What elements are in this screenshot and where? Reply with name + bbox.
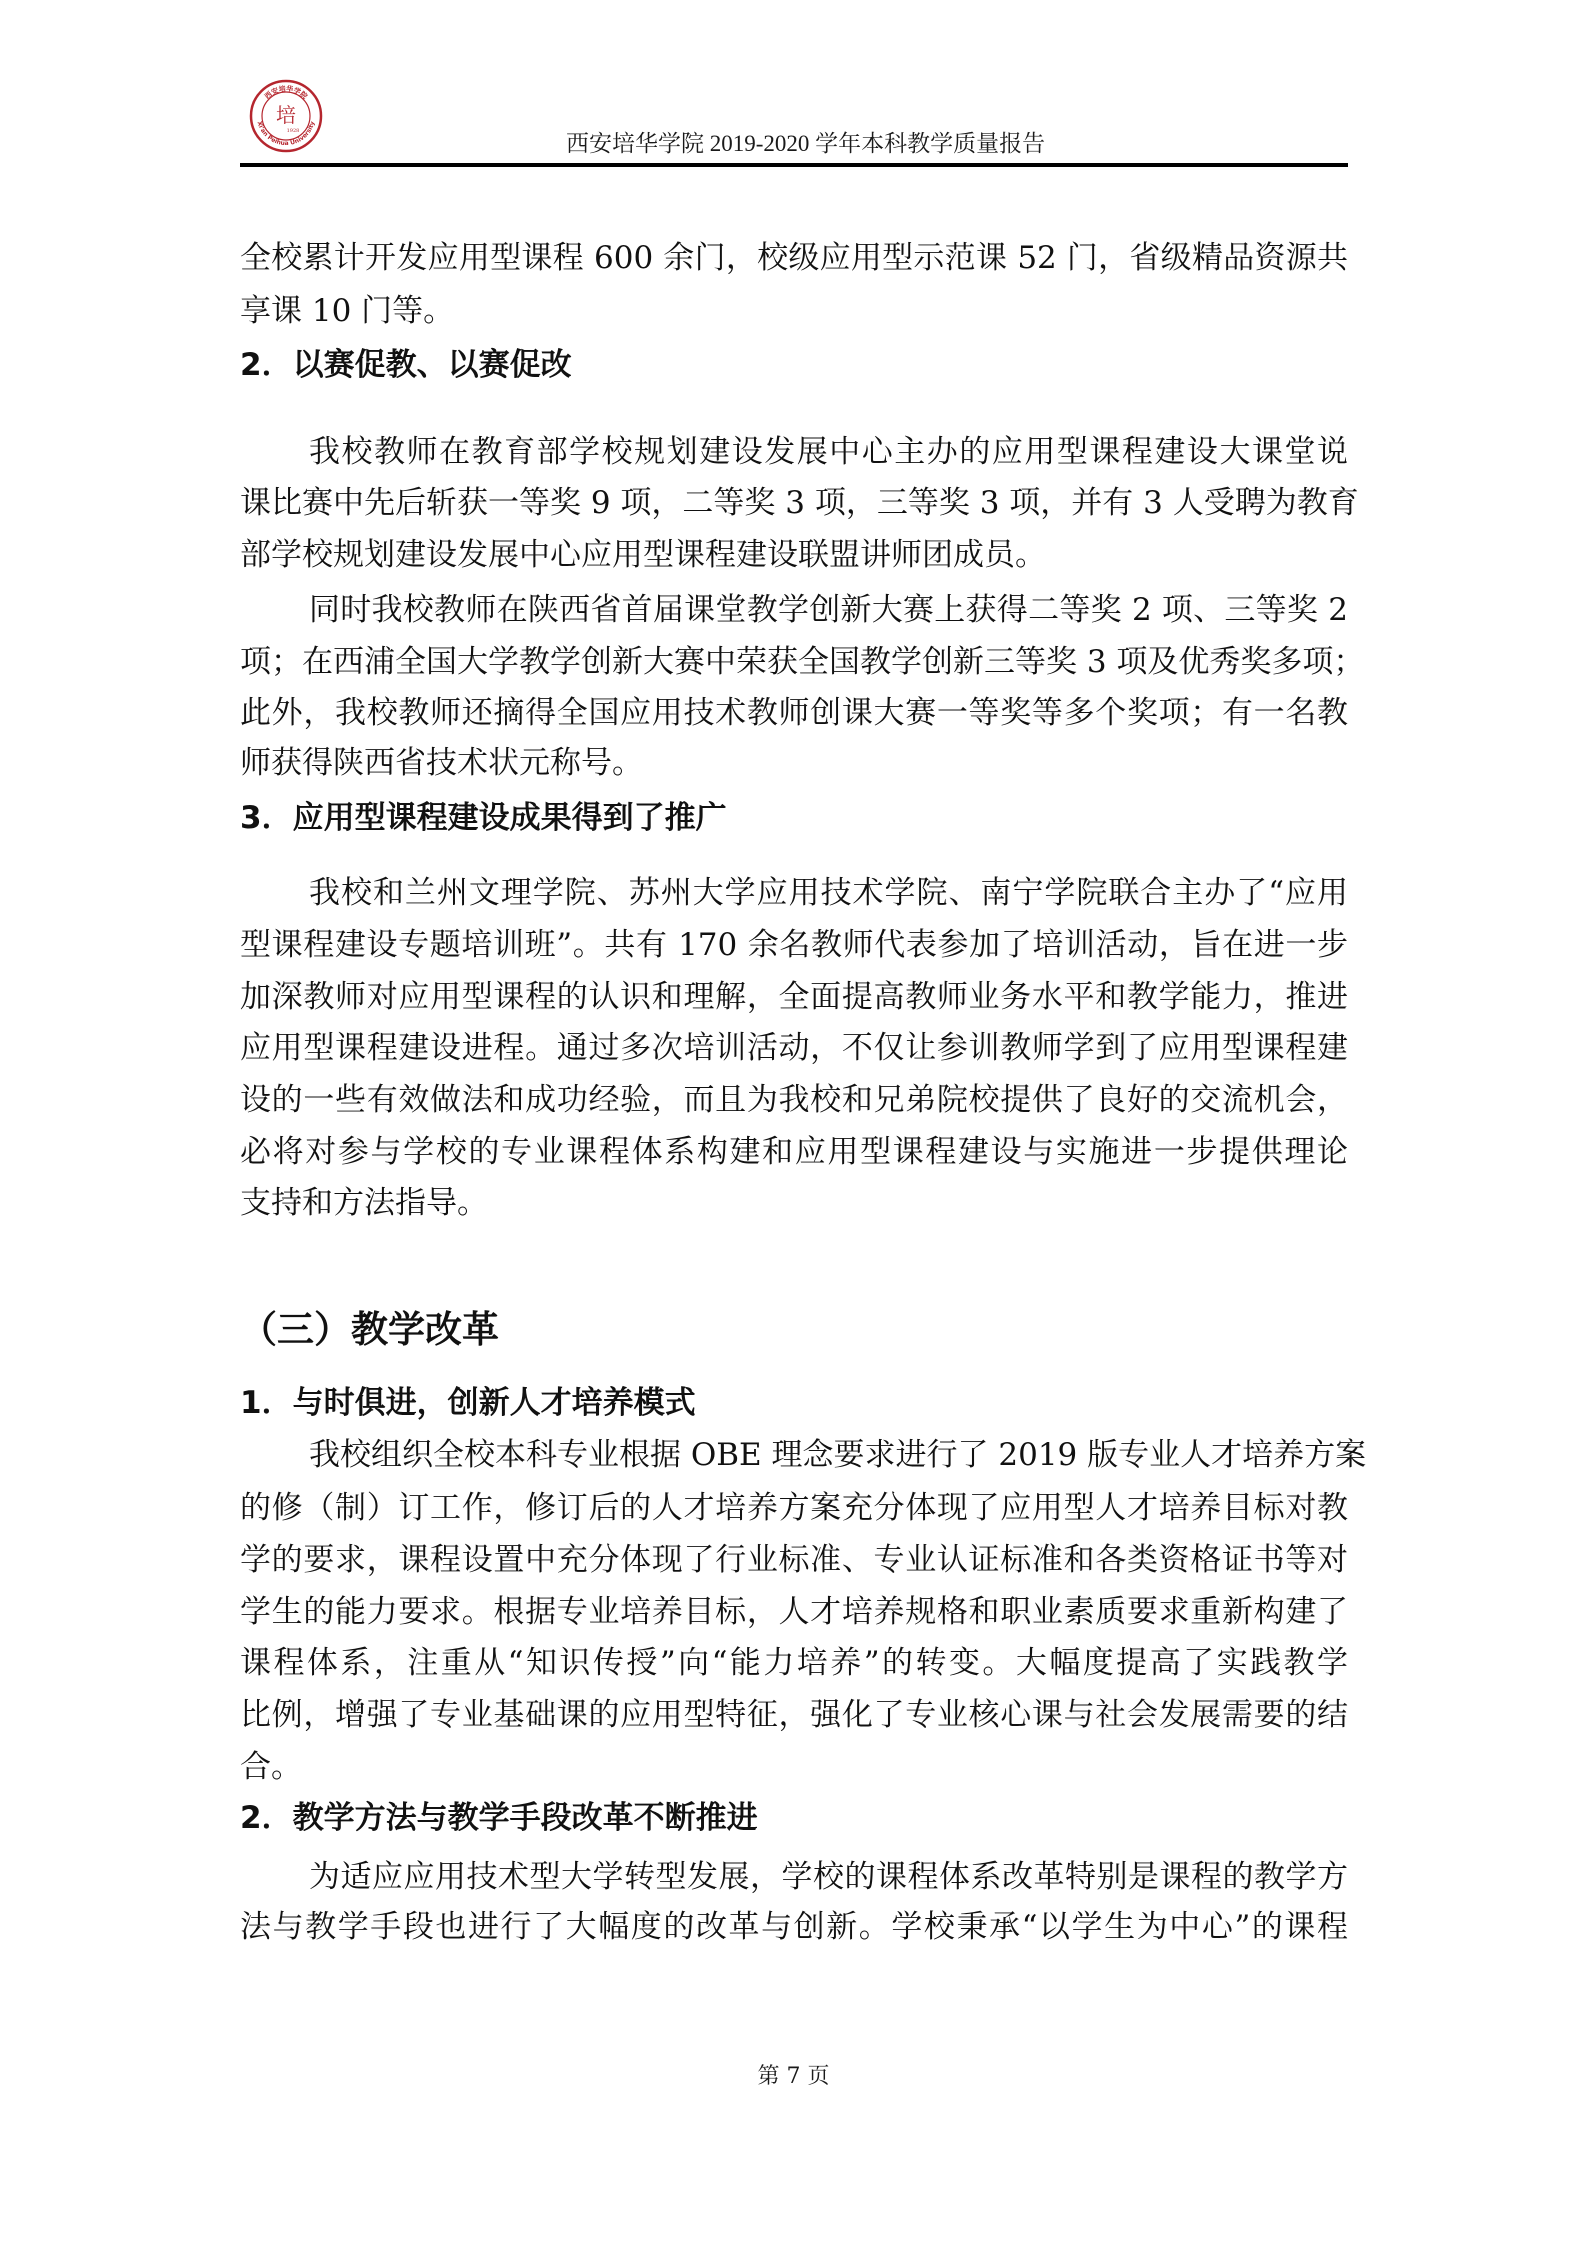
subheading-course-promotion: 3．应用型课程建设成果得到了推广 <box>240 792 727 844</box>
paragraph-line: 设的一些有效做法和成功经验，而且为我校和兄弟院校提供了良好的交流机会， <box>240 1074 1348 1126</box>
paragraph-line: 课程体系，注重从“知识传授”向“能力培养”的转变。大幅度提高了实践教学 <box>240 1637 1348 1689</box>
paragraph-line: 我校和兰州文理学院、苏州大学应用技术学院、南宁学院联合主办了“应用 <box>240 867 1348 919</box>
paragraph-line: 师获得陕西省技术状元称号。 <box>240 737 1348 789</box>
paragraph-line: 全校累计开发应用型课程 600 余门，校级应用型示范课 52 门，省级精品资源共 <box>240 232 1348 284</box>
paragraph-line: 同时我校教师在陕西省首届课堂教学创新大赛上获得二等奖 2 项、三等奖 2 <box>240 584 1348 636</box>
paragraph-line: 必将对参与学校的专业课程体系构建和应用型课程建设与实施进一步提供理论 <box>240 1126 1348 1178</box>
subheading-teaching-methods: 2．教学方法与教学手段改革不断推进 <box>240 1792 758 1844</box>
svg-text:培: 培 <box>276 103 296 127</box>
paragraph-line: 部学校规划建设发展中心应用型课程建设联盟讲师团成员。 <box>240 529 1348 581</box>
header-divider <box>240 163 1348 167</box>
paragraph-line: 享课 10 门等。 <box>240 285 1348 337</box>
paragraph-line: 加深教师对应用型课程的认识和理解，全面提高教师业务水平和教学能力，推进 <box>240 971 1348 1023</box>
paragraph-line: 学的要求，课程设置中充分体现了行业标准、专业认证标准和各类资格证书等对 <box>240 1534 1348 1586</box>
subheading-competitions: 2．以赛促教、以赛促改 <box>240 339 572 391</box>
paragraph-line: 课比赛中先后斩获一等奖 9 项，二等奖 3 项，三等奖 3 项，并有 3 人受聘… <box>240 477 1348 529</box>
paragraph-line: 型课程建设专题培训班”。共有 170 余名教师代表参加了培训活动，旨在进一步 <box>240 919 1348 971</box>
page-number: 第 7 页 <box>0 2062 1587 2092</box>
paragraph-line: 比例，增强了专业基础课的应用型特征，强化了专业核心课与社会发展需要的结 <box>240 1689 1348 1741</box>
paragraph-line: 此外，我校教师还摘得全国应用技术教师创课大赛一等奖等多个奖项；有一名教 <box>240 687 1348 739</box>
paragraph-line: 我校教师在教育部学校规划建设发展中心主办的应用型课程建设大课堂说 <box>240 426 1348 478</box>
paragraph-line: 学生的能力要求。根据专业培养目标，人才培养规格和职业素质要求重新构建了 <box>240 1586 1348 1638</box>
document-page: 西安培华学院 Xi'an Peihua University 培 1928 西安… <box>0 0 1587 2245</box>
paragraph-line: 为适应应用技术型大学转型发展，学校的课程体系改革特别是课程的教学方 <box>240 1851 1348 1903</box>
subheading-talent-cultivation: 1．与时俱进，创新人才培养模式 <box>240 1377 696 1429</box>
section-heading-teaching-reform: （三）教学改革 <box>240 1300 499 1360</box>
paragraph-line: 的修（制）订工作，修订后的人才培养方案充分体现了应用型人才培养目标对教 <box>240 1482 1348 1534</box>
paragraph-line: 合。 <box>240 1741 1348 1793</box>
paragraph-line: 我校组织全校本科专业根据 OBE 理念要求进行了 2019 版专业人才培养方案 <box>240 1429 1348 1481</box>
paragraph-line: 项；在西浦全国大学教学创新大赛中荣获全国教学创新三等奖 3 项及优秀奖多项； <box>240 636 1348 688</box>
svg-text:1928: 1928 <box>287 128 300 134</box>
report-header-title: 西安培华学院 2019-2020 学年本科教学质量报告 <box>566 128 1086 160</box>
paragraph-line: 法与教学手段也进行了大幅度的改革与创新。学校秉承“以学生为中心”的课程 <box>240 1901 1348 1953</box>
paragraph-line: 支持和方法指导。 <box>240 1177 1348 1229</box>
paragraph-line: 应用型课程建设进程。通过多次培训活动，不仅让参训教师学到了应用型课程建 <box>240 1022 1348 1074</box>
university-seal-logo: 西安培华学院 Xi'an Peihua University 培 1928 <box>249 79 323 153</box>
